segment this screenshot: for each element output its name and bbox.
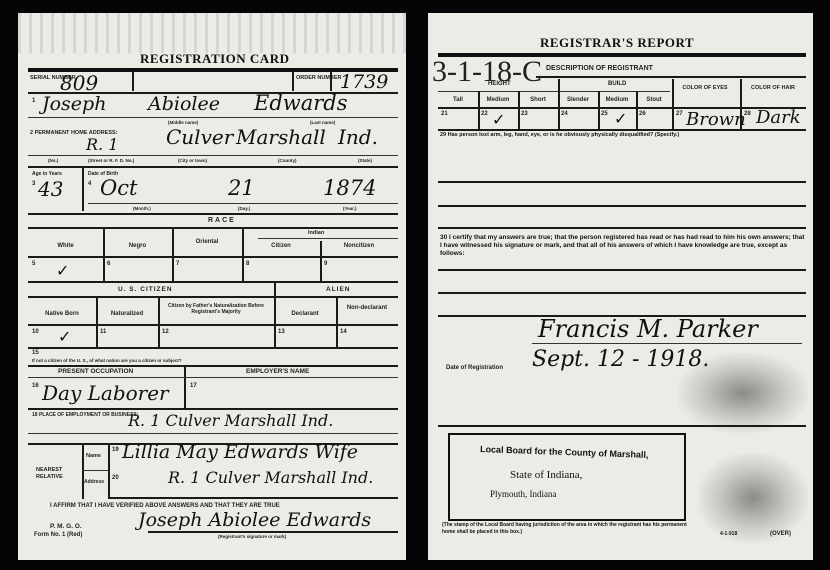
field-number: 25 <box>601 111 608 117</box>
address-city: Culver <box>166 125 233 149</box>
divider <box>28 433 398 434</box>
place-of-employment-value: R. 1 Culver Marshall Ind. <box>128 411 333 430</box>
divider <box>132 71 134 91</box>
divider <box>28 155 398 156</box>
stamp-line-3: Plymouth, Indiana <box>490 489 557 499</box>
field-number: 5 <box>32 261 35 267</box>
divider <box>28 117 398 118</box>
address-county: Marshall <box>236 125 326 149</box>
last-name: Edwards <box>254 91 348 115</box>
stamp-code: 3-1-18-C <box>432 55 542 89</box>
divider <box>28 324 398 326</box>
divider <box>536 76 806 78</box>
report-title: REGISTRAR'S REPORT <box>540 35 694 51</box>
divider <box>82 470 108 471</box>
height-medium-label: Medium <box>478 97 518 103</box>
question-30: 30 I certify that my answers are true; t… <box>440 234 806 258</box>
header-noise <box>18 13 406 53</box>
divider <box>108 497 398 499</box>
us-citizen-label: U. S. CITIZEN <box>118 286 173 293</box>
indian-label: Indian <box>308 230 324 236</box>
registrar-signature: Francis M. Parker <box>538 315 758 343</box>
description-label: DESCRIPTION OF REGISTRANT <box>546 65 653 72</box>
dob-year: 1874 <box>323 176 376 200</box>
field-number: 7 <box>176 261 179 267</box>
height-short-label: Short <box>518 97 558 103</box>
citizen-question: If not a citizen of the U. S., of what n… <box>32 358 182 363</box>
divider <box>330 71 332 91</box>
divider <box>672 79 674 129</box>
signature-label: (Registrant's signature or mark) <box>218 534 286 539</box>
race-citizen-label: Citizen <box>242 243 320 249</box>
hair-value: Dark <box>756 107 801 128</box>
non-declarant-label: Non-declarant <box>336 305 398 311</box>
divider <box>258 238 398 239</box>
field-number: 6 <box>107 261 110 267</box>
native-born-check: ✓ <box>58 327 71 346</box>
divider <box>28 365 398 367</box>
field-number: 11 <box>100 329 106 335</box>
divider <box>184 366 186 409</box>
divider <box>28 377 398 378</box>
place-of-employment-label: 18 PLACE OF EMPLOYMENT OR BUSINESS: <box>32 412 138 418</box>
middle-name: Abiolee <box>148 93 220 115</box>
divider <box>438 181 806 183</box>
smudge <box>678 353 808 433</box>
divider <box>28 296 398 298</box>
citizen-by-father-label: Citizen by Father's Naturalization Befor… <box>158 303 274 315</box>
native-born-label: Native Born <box>28 311 96 317</box>
field-number: 27 <box>676 111 683 117</box>
card-title: REGISTRATION CARD <box>140 51 289 67</box>
divider <box>103 227 105 281</box>
field-number: 21 <box>441 111 448 117</box>
divider <box>242 227 244 281</box>
divider <box>28 281 398 283</box>
race-label: RACE <box>208 217 236 224</box>
relative-address-value: R. 1 Culver Marshall Ind. <box>168 468 373 487</box>
naturalized-label: Naturalized <box>96 311 158 317</box>
height-label: HEIGHT <box>488 81 511 87</box>
registrant-signature: Joseph Abiolee Edwards <box>138 509 371 531</box>
build-label: BUILD <box>608 81 626 87</box>
address-street: R. 1 <box>86 135 118 154</box>
relative-name-value: Lillia May Edwards Wife <box>122 441 358 463</box>
stamp-line-2: State of Indiana, <box>510 469 582 481</box>
divider <box>438 292 806 294</box>
dob-month: Oct <box>100 176 137 200</box>
form-label-number: Form No. 1 (Red) <box>34 532 82 538</box>
divider <box>28 227 398 229</box>
field-number: 15 <box>32 350 39 356</box>
declarant-label: Declarant <box>274 311 336 317</box>
divider <box>438 269 806 271</box>
field-number: 3 <box>32 181 35 187</box>
divider <box>82 167 84 211</box>
divider <box>28 347 398 349</box>
occupation-label: PRESENT OCCUPATION <box>58 368 133 375</box>
divider <box>336 296 338 347</box>
eyes-value: Brown <box>686 109 746 130</box>
dob-day: 21 <box>228 176 255 200</box>
field-number: 28 <box>744 111 751 117</box>
order-number-label: ORDER NUMBER <box>296 75 324 81</box>
height-tall-label: Tall <box>438 97 478 103</box>
divider <box>438 129 806 131</box>
order-number: 1739 <box>340 71 388 93</box>
hair-label: COLOR OF HAIR <box>740 85 806 92</box>
question-29: 29 Has person lost arm, leg, hand, eye, … <box>440 132 805 139</box>
field-number: 14 <box>340 329 347 335</box>
build-medium-check: ✓ <box>614 109 627 128</box>
address-sublabel: (No.) <box>48 158 58 163</box>
field-number: 19 <box>112 447 119 453</box>
build-medium-label: Medium <box>598 97 636 103</box>
registration-card: REGISTRATION CARD SERIAL NUMBER 809 ORDE… <box>18 13 406 560</box>
serial-number-label: SERIAL NUMBER <box>30 75 52 81</box>
stamp-line-1: Local Board for the County of Marshall, <box>480 444 649 460</box>
divider <box>558 79 560 129</box>
divider <box>108 443 110 499</box>
registrars-report-card: REGISTRAR'S REPORT 3-1-18-C DESCRIPTION … <box>428 13 813 560</box>
field-number: 23 <box>521 111 528 117</box>
divider <box>172 227 174 281</box>
footer-code: 4-1-918 <box>720 531 737 537</box>
race-white-label: White <box>28 243 103 249</box>
nearest-relative-label: NEAREST RELATIVE <box>36 467 76 481</box>
divider <box>82 443 84 499</box>
smudge <box>698 453 808 543</box>
race-oriental-label: Oriental <box>172 239 242 245</box>
form-label-pmgo: P. M. G. O. <box>50 523 82 530</box>
field-number: 1 <box>32 98 35 104</box>
field-number: 22 <box>481 111 488 117</box>
divider <box>532 343 802 344</box>
divider <box>438 205 806 207</box>
field-number: 16 <box>32 383 39 389</box>
field-number: 13 <box>278 329 285 335</box>
build-stout-label: Stout <box>636 97 672 103</box>
divider <box>148 531 398 533</box>
divider <box>438 425 806 427</box>
age-value: 43 <box>38 177 63 201</box>
field-number: 24 <box>561 111 568 117</box>
divider <box>96 296 98 347</box>
employer-label: EMPLOYER'S NAME <box>246 368 309 375</box>
date-of-registration-label: Date of Registration <box>446 365 503 371</box>
dob-month-label: (Month.) <box>133 206 151 211</box>
over-label: (OVER) <box>770 531 791 537</box>
race-white-check: ✓ <box>56 261 69 280</box>
height-medium-check: ✓ <box>492 110 505 129</box>
dob-year-label: (Year.) <box>343 206 357 211</box>
dob-day-label: (Day.) <box>238 206 250 211</box>
field-number: 17 <box>190 383 197 389</box>
alien-label: ALIEN <box>326 286 351 293</box>
field-number: 26 <box>639 111 646 117</box>
stamp-caption: (The stamp of the Local Board having jur… <box>442 522 692 535</box>
occupation-value: Day Laborer <box>42 381 169 405</box>
field-number: 12 <box>162 329 169 335</box>
relative-address-label: Address <box>84 479 104 485</box>
divider <box>28 256 398 258</box>
address-sublabel: (City or town) <box>178 158 207 163</box>
divider <box>28 213 398 215</box>
field-number: 8 <box>246 261 249 267</box>
field-number: 20 <box>112 475 119 481</box>
relative-name-label: Name <box>86 453 101 459</box>
divider <box>292 71 294 91</box>
divider <box>88 203 398 204</box>
build-slender-label: Slender <box>558 97 598 103</box>
race-negro-label: Negro <box>103 243 172 249</box>
divider <box>28 408 398 410</box>
local-board-stamp-box: Local Board for the County of Marshall, … <box>448 433 686 521</box>
address-sublabel: (Street or R. F. D. No.) <box>88 158 134 163</box>
field-number: 10 <box>32 329 39 335</box>
first-name: Joseph <box>42 93 106 115</box>
address-sublabel: (County) <box>278 158 297 163</box>
address-state: Ind. <box>338 125 378 149</box>
eyes-label: COLOR OF EYES <box>672 85 738 92</box>
divider <box>438 227 806 229</box>
field-number: 4 <box>88 181 91 187</box>
race-noncitizen-label: Noncitizen <box>320 243 398 249</box>
field-number: 9 <box>324 261 327 267</box>
address-sublabel: (State) <box>358 158 372 163</box>
